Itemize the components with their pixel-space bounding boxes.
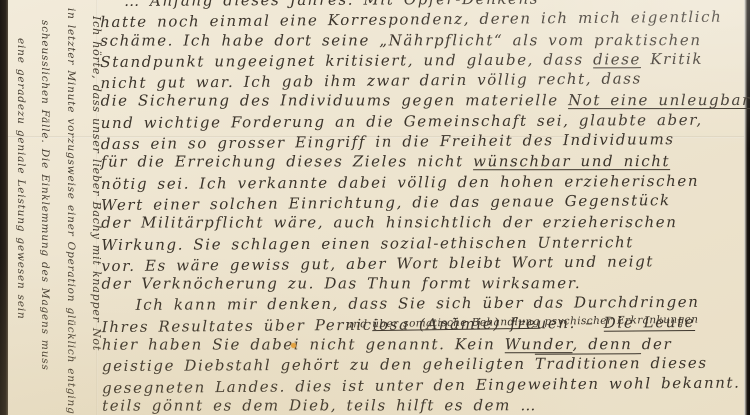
letter-scan-page: Ich hörte, dass unser lieber Bachy mit k… <box>0 0 750 415</box>
handwritten-line-14: der Verknöcherung zu. Das Thun formt wir… <box>102 273 750 294</box>
margin-note-line-2: scheusslichen Fälle. Die Einklemmung des… <box>39 20 51 371</box>
handwritten-line-8: für die Erreichung dieses Zieles nicht w… <box>101 151 749 172</box>
handwritten-line-11: der Militärpflicht wäre, auch hinsichtli… <box>101 212 749 233</box>
margin-note-line-3: eine geradezu geniale Leistung gewesen s… <box>15 38 27 320</box>
underlined-word: wünschbar und nicht <box>473 152 670 170</box>
handwritten-line-1: hatte noch einmal eine Korrespondenz, de… <box>100 7 748 33</box>
margin-note-line-1: in letzter Minute vorzugsweise einer Ope… <box>65 8 77 415</box>
underlined-word: diese <box>593 50 641 68</box>
underlined-word: über somatische Behandlung <box>372 316 540 330</box>
underlined-word: Not eine unleugbare <box>568 91 750 109</box>
handwritten-line-17: hier haben Sie dabei nicht genannt. Kein… <box>102 334 750 355</box>
overlined-word: Traditionen <box>535 355 641 374</box>
scan-edge-left <box>0 0 8 415</box>
underlined-word: Wunder <box>505 335 573 353</box>
letter-body: … Anfang dieses Jahres. Mit Opfer-Denken… <box>100 0 750 415</box>
handwritten-line-2: schäme. Ich habe dort seine „Nährpflicht… <box>100 30 748 51</box>
ink-stain-dot <box>291 343 296 348</box>
handwritten-line-5: die Sicherung des Individuums gegen mate… <box>101 91 749 112</box>
handwritten-line-20: teils gönnt es dem Dieb, teils hilft es … <box>102 395 750 415</box>
